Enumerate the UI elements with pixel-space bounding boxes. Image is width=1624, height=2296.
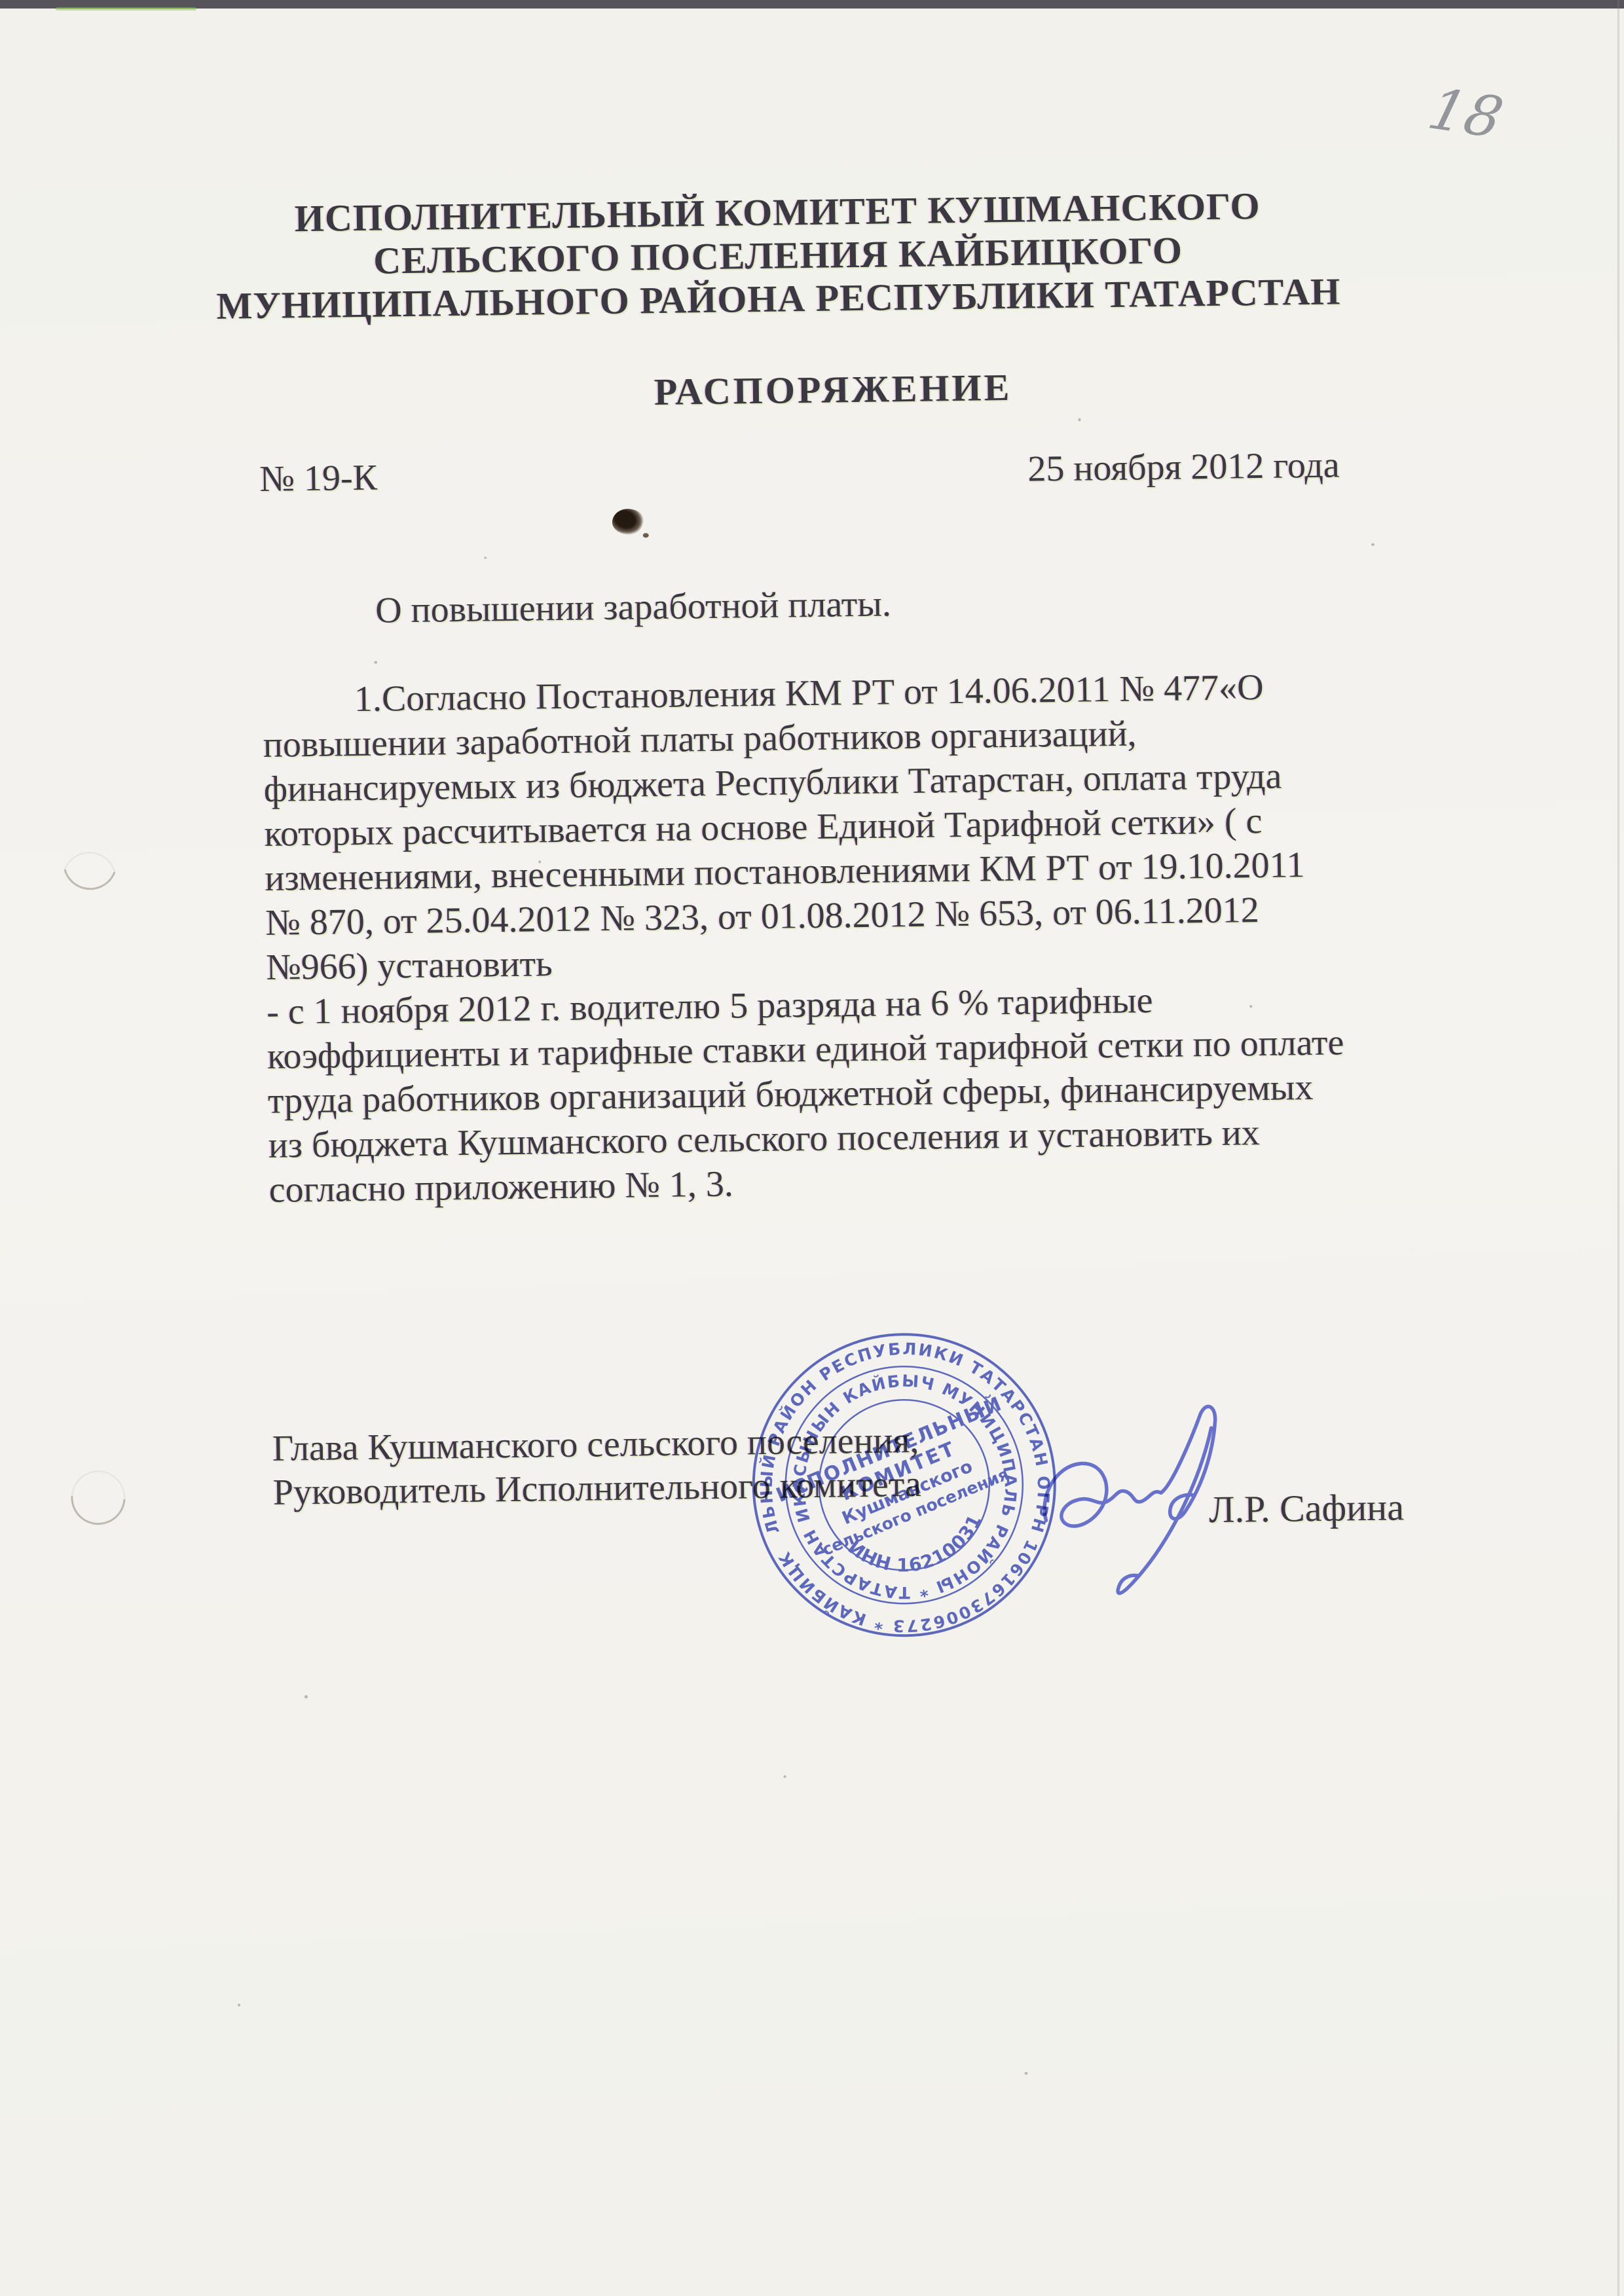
- dust-speck: [1371, 543, 1375, 546]
- handwritten-page-number: 18: [1422, 77, 1509, 151]
- dust-speck: [484, 556, 487, 558]
- document-content: 18 ИСПОЛНИТЕЛЬНЫЙ КОМИТЕТ КУШМАНСКОГО СЕ…: [0, 0, 1624, 2296]
- dust-speck: [1078, 418, 1080, 422]
- dust-speck: [304, 1695, 308, 1698]
- signature-stroke: [1035, 1401, 1261, 1613]
- dust-speck: [374, 661, 377, 664]
- document-meta-row: № 19-К 25 ноября 2012 года: [259, 443, 1412, 504]
- subject-line: О повышении заработной платы.: [375, 583, 892, 631]
- document-date: 25 ноября 2012 года: [1027, 444, 1340, 490]
- ink-smudge: [610, 505, 646, 539]
- document-number: № 19-К: [259, 457, 377, 500]
- scanned-document-page: 18 ИСПОЛНИТЕЛЬНЫЙ КОМИТЕТ КУШМАНСКОГО СЕ…: [0, 0, 1624, 2296]
- dust-speck: [784, 1776, 786, 1778]
- dust-speck: [538, 860, 541, 863]
- body-paragraph: 1.Согласно Постановления КМ РТ от 14.06.…: [263, 663, 1442, 1212]
- dust-speck: [1025, 2072, 1028, 2075]
- organization-header: ИСПОЛНИТЕЛЬНЫЙ КОМИТЕТ КУШМАНСКОГО СЕЛЬС…: [208, 183, 1348, 328]
- document-type-title: РАСПОРЯЖЕНИЕ: [654, 365, 1012, 414]
- dust-speck: [238, 2004, 240, 2007]
- official-stamp: ЛЬНЫЙ РАЙОН РЕСПУБЛИКИ ТАТАРСТАН ОГРН 10…: [748, 1329, 1060, 1641]
- ink-smudge-dot: [643, 533, 649, 538]
- dust-speck: [1249, 1005, 1252, 1008]
